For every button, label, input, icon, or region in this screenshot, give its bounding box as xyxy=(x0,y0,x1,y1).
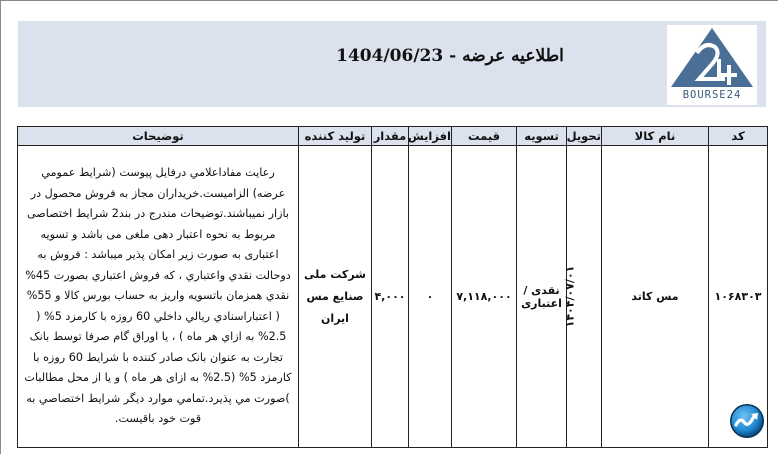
col-header-delivery: تحویل xyxy=(567,127,602,146)
producer-line-2: صنایع مس xyxy=(299,286,371,308)
logo-text: BOURSE24 xyxy=(667,89,757,101)
cell-delivery: ۱۴۰۴/۰۷/۰۱ xyxy=(567,146,602,448)
col-header-settlement: تسویه xyxy=(517,127,567,146)
cell-description: رعایت مفاداعلامي درفایل پیوست (شرایط عمو… xyxy=(18,146,299,448)
cell-quantity: ۴,۰۰۰ xyxy=(372,146,409,448)
trend-up-chart-icon xyxy=(729,403,765,439)
col-header-commodity: نام کالا xyxy=(602,127,709,146)
settlement-line-2: اعتباری xyxy=(517,297,566,310)
bourse24-logo: BOURSE24 xyxy=(667,25,757,105)
offer-table: کد نام کالا تحویل تسویه قیمت افزایش مقدا… xyxy=(17,126,768,448)
col-header-code: کد xyxy=(709,127,768,146)
cell-producer: شرکت ملی صنایع مس ایران xyxy=(299,146,372,448)
col-header-description: توضیحات xyxy=(18,127,299,146)
col-header-increase: افزایش xyxy=(409,127,452,146)
cell-commodity: مس کاتد xyxy=(602,146,709,448)
col-header-quantity: مقدار xyxy=(372,127,409,146)
title-date: 1404/06/23 xyxy=(336,46,443,66)
page-title: اطلاعیه عرضه - 1404/06/23 xyxy=(300,46,600,76)
settlement-line-1: نقدی / xyxy=(517,284,566,297)
delivery-date: ۱۴۰۴/۰۷/۰۱ xyxy=(564,266,577,328)
cell-settlement: نقدی / اعتباری xyxy=(517,146,567,448)
col-header-price: قیمت xyxy=(452,127,517,146)
producer-line-1: شرکت ملی xyxy=(299,264,371,286)
cell-increase: ۰ xyxy=(409,146,452,448)
table-header-row: کد نام کالا تحویل تسویه قیمت افزایش مقدا… xyxy=(18,127,768,146)
producer-line-3: ایران xyxy=(299,308,371,330)
cell-price: ۷,۱۱۸,۰۰۰ xyxy=(452,146,517,448)
col-header-producer: تولید کننده xyxy=(299,127,372,146)
bourse24-logo-icon xyxy=(667,25,757,91)
title-prefix: اطلاعیه عرضه - xyxy=(443,46,564,66)
table-row: ۱۰۶۸۳۰۳ مس کاتد ۱۴۰۴/۰۷/۰۱ نقدی / اعتبار… xyxy=(18,146,768,448)
